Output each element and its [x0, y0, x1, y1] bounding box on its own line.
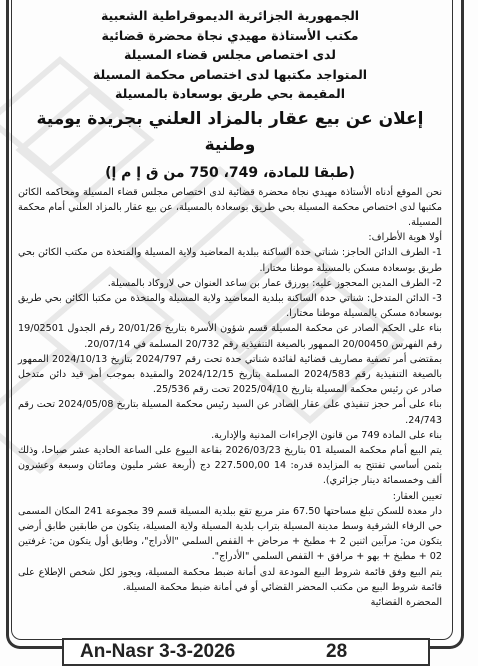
publication-name-date: An-Nasr 3-3-2026	[80, 640, 235, 664]
property-description: دار معدة للسكن تبلغ مساحتها 67.50 متر مر…	[18, 504, 442, 565]
sale-conditions: يتم البيع وفق قائمة شروط البيع المودعة ل…	[18, 565, 442, 595]
header-office: مكتب الأستاذة مهيدي نجاة محضرة قضائية	[16, 26, 444, 46]
party-creditor: 1- الطرف الدائن الحاجز: شناتي حدة الساكن…	[18, 245, 442, 275]
intro-paragraph: نحن الموقع أدناه الأستاذة مهيدي نجاة محض…	[18, 185, 442, 231]
header-address: المقيمة بحي طريق بوسعادة بالمسيلة	[16, 84, 444, 104]
page-number: 28	[326, 640, 347, 664]
legal-notice: الجمهورية الجزائرية الديموقراطية الشعبية…	[16, 6, 444, 610]
sale-details: يتم البيع أمام محكمة المسيلة 01 بتاريخ 2…	[18, 443, 442, 489]
header-court: المتواجد مكتبها لدى اختصاص محكمة المسيلة	[16, 65, 444, 85]
party-debtor: 2- الطرف المدين المحجوز عليه: بورزق عمار…	[18, 276, 442, 291]
party-intervening-creditor: 3- الدائن المتدخل: شناتي حدة الساكنة ببل…	[18, 291, 442, 321]
notice-body: نحن الموقع أدناه الأستاذة مهيدي نجاة محض…	[16, 185, 444, 611]
header-country: الجمهورية الجزائرية الديموقراطية الشعبية	[16, 6, 444, 26]
publication-footer: An-Nasr 3-3-2026 28	[62, 638, 430, 666]
judgment-reference: بناء على الحكم الصادر عن محكمة المسيلة ق…	[18, 321, 442, 351]
costs-order-reference: بمقتضى أمر تصفية مصاريف قضائية لفائدة شن…	[18, 352, 442, 398]
notice-header: الجمهورية الجزائرية الديموقراطية الشعبية…	[16, 6, 444, 184]
signature: المحضرة القضائية	[18, 595, 442, 610]
seizure-order-reference: بناء على أمر حجز تنفيذي على عقار الصادر …	[18, 397, 442, 427]
notice-title: إعلان عن بيع عقار بالمزاد العلني بجريدة …	[16, 106, 444, 158]
parties-heading: أولا هوية الأطراف:	[18, 230, 442, 245]
header-jurisdiction: لدى اختصاص مجلس قضاء المسيلة	[16, 45, 444, 65]
legal-article-reference: بناء على المادة 749 من قانون الإجراءات ا…	[18, 428, 442, 443]
property-heading: تعيين العقار:	[18, 489, 442, 504]
newspaper-page: الجمهورية الجزائرية الديموقراطية الشعبية…	[0, 0, 478, 666]
notice-subtitle: (طبقا للمادة، 749، 750 من ق إ م إ)	[16, 162, 444, 184]
